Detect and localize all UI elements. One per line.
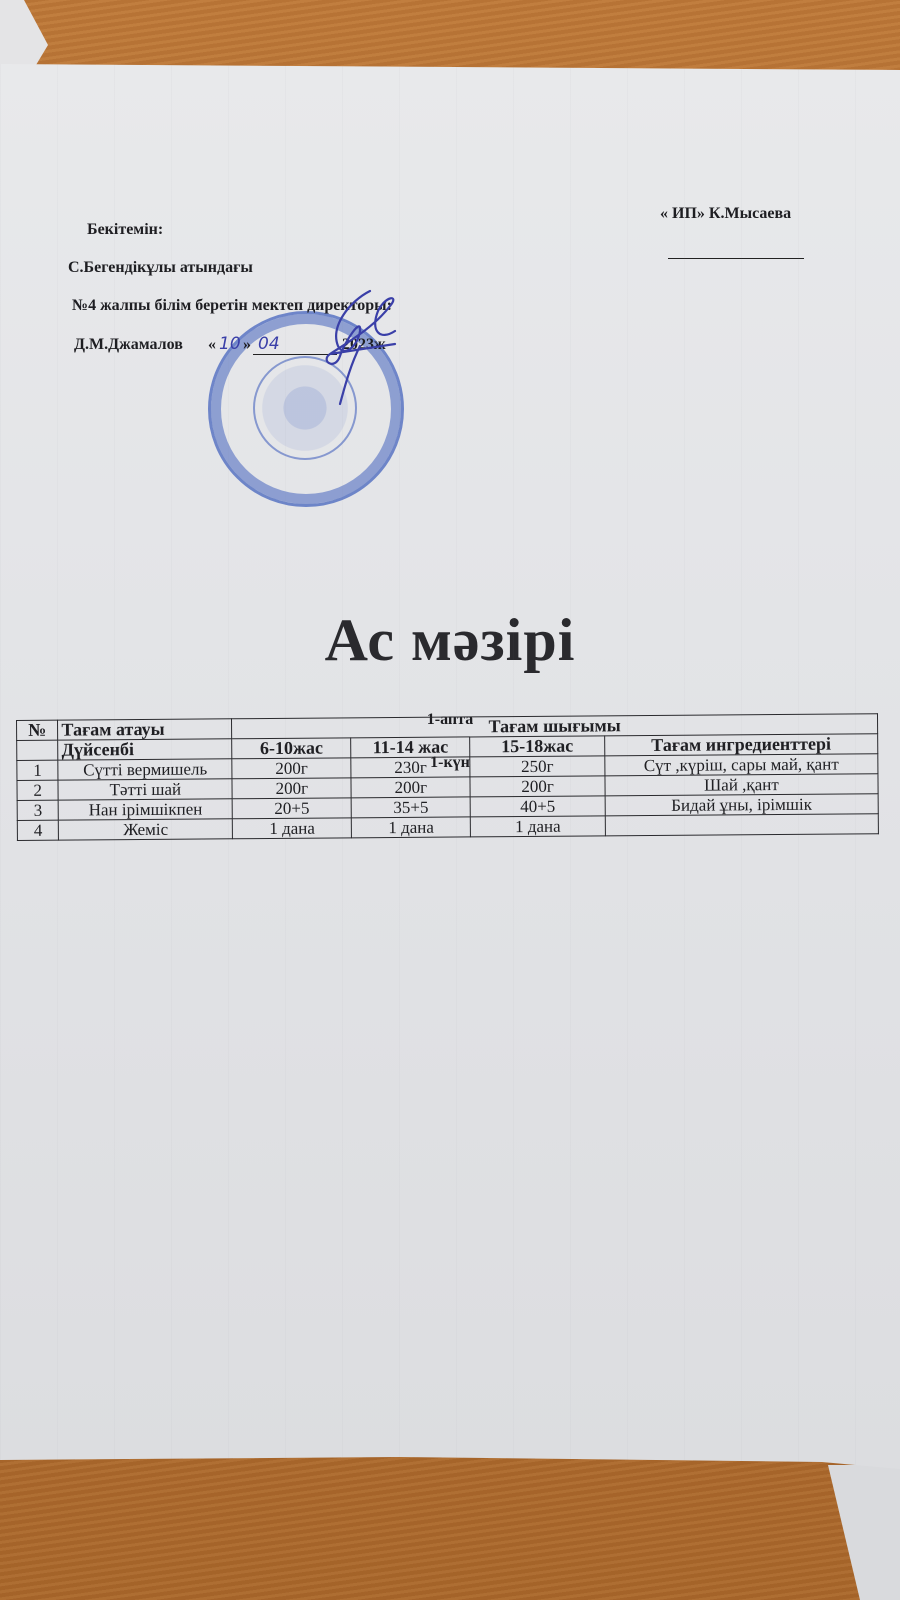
header-age-15-18: 15-18жас xyxy=(470,736,605,757)
date-open-quote: « xyxy=(208,336,216,354)
header-age-6-10: 6-10жас xyxy=(232,738,351,759)
header-dish-name: Тағам атауы xyxy=(58,719,232,740)
row-number: 4 xyxy=(17,820,59,840)
header-number: № xyxy=(17,720,59,740)
school-name-line: С.Бегендікұлы атындағы xyxy=(68,259,253,277)
header-ingredients: Тағам ингредиенттері xyxy=(604,734,877,756)
stamp-emblem xyxy=(253,356,357,460)
date-close-quote: » xyxy=(243,336,251,354)
row-portion-15-18: 200г xyxy=(470,776,605,797)
row-portion-6-10: 200г xyxy=(232,778,351,799)
date-month: 04 xyxy=(258,334,280,354)
row-ingredients xyxy=(605,814,878,836)
official-stamp xyxy=(208,311,404,507)
document-title: Ас мәзірі xyxy=(0,606,900,675)
row-portion-15-18: 250г xyxy=(470,756,605,777)
row-portion-11-14: 35+5 xyxy=(351,797,470,818)
row-number: 1 xyxy=(17,760,59,780)
row-number: 2 xyxy=(17,780,59,800)
school-director-line: №4 жалпы білім беретін мектеп директоры: xyxy=(72,297,392,315)
row-dish: Нан ірімшікпен xyxy=(59,799,233,820)
row-dish: Жеміс xyxy=(59,819,233,840)
header-weekday: Дүйсенбі xyxy=(58,739,232,760)
row-number: 3 xyxy=(17,800,59,820)
row-portion-11-14: 1 дана xyxy=(352,817,471,838)
supplier-name: « ИП» К.Мысаева xyxy=(660,205,791,223)
header-empty xyxy=(17,740,59,760)
row-portion-6-10: 200г xyxy=(232,758,351,779)
row-ingredients: Сүт ,күріш, сары май, қант xyxy=(605,754,878,776)
header-age-11-14: 11-14 жас xyxy=(351,737,470,758)
approve-label: Бекітемін: xyxy=(87,221,163,239)
director-name: Д.М.Джамалов xyxy=(74,336,183,354)
row-dish: Сүтті вермишель xyxy=(58,759,232,780)
row-portion-6-10: 20+5 xyxy=(232,798,351,819)
date-month-line xyxy=(253,354,337,355)
row-portion-15-18: 1 дана xyxy=(471,816,606,837)
date-year: 2023ж xyxy=(342,336,386,354)
menu-table: № Тағам атауы Тағам шығымы Дүйсенбі 6-10… xyxy=(16,713,879,841)
supplier-signature-line xyxy=(668,258,804,259)
row-portion-6-10: 1 дана xyxy=(233,818,352,839)
row-portion-11-14: 200г xyxy=(351,777,470,798)
row-ingredients: Шай ,қант xyxy=(605,774,878,796)
row-portion-11-14: 230г xyxy=(351,757,470,778)
director-signature xyxy=(300,286,410,406)
row-portion-15-18: 40+5 xyxy=(470,796,605,817)
row-dish: Тәтті шай xyxy=(58,779,232,800)
row-ingredients: Бидай ұны, ірімшік xyxy=(605,794,878,816)
date-day: 10 xyxy=(219,334,241,354)
